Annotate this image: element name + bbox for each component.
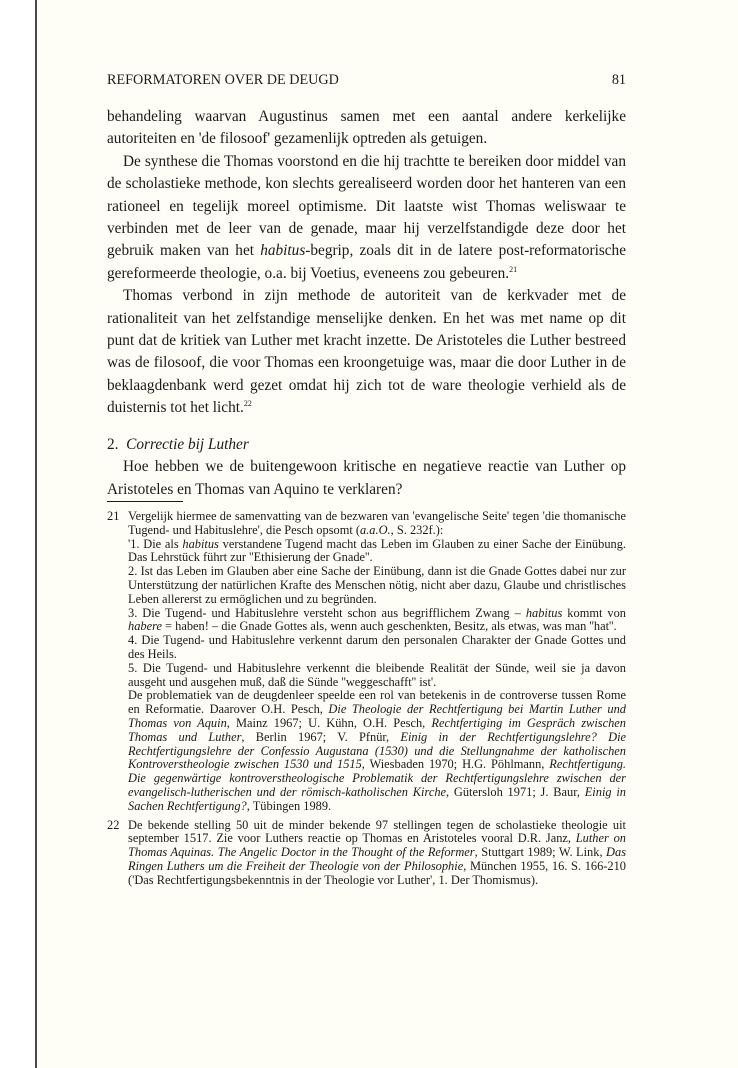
section-title: Correctie bij Luther bbox=[126, 436, 249, 453]
page-number: 81 bbox=[612, 71, 626, 89]
main-text: behandeling waarvan Augustinus samen met… bbox=[107, 106, 626, 501]
footnote-number: 22 bbox=[107, 819, 128, 888]
footnote-number: 21 bbox=[107, 510, 128, 814]
running-head-title: REFORMATOREN OVER DE DEUGD bbox=[107, 71, 339, 89]
paragraph-4: Hoe hebben we de buitengewoon kritische … bbox=[107, 456, 626, 501]
footnote-ref-22[interactable]: 22 bbox=[244, 399, 252, 408]
paragraph-2: De synthese die Thomas voorstond en die … bbox=[107, 151, 626, 285]
footnote-separator bbox=[107, 501, 183, 502]
section-number: 2. bbox=[107, 436, 118, 453]
paragraph-1: behandeling waarvan Augustinus samen met… bbox=[107, 106, 626, 151]
footnote-body: Vergelijk hiermee de samenvatting van de… bbox=[128, 510, 626, 814]
paragraph-3: Thomas verbond in zijn methode de autori… bbox=[107, 285, 626, 419]
emphasis: habitus bbox=[260, 242, 305, 259]
footnote-21: 21 Vergelijk hiermee de samenvatting van… bbox=[107, 510, 626, 814]
footnote-ref-21[interactable]: 21 bbox=[509, 265, 517, 274]
page-edge-line bbox=[35, 0, 37, 1068]
running-head: REFORMATOREN OVER DE DEUGD 81 bbox=[107, 71, 626, 89]
section-heading: 2. Correctie bij Luther bbox=[107, 434, 626, 456]
footnote-22: 22 De bekende stelling 50 uit de minder … bbox=[107, 819, 626, 888]
footnotes: 21 Vergelijk hiermee de samenvatting van… bbox=[107, 510, 626, 893]
footnote-body: De bekende stelling 50 uit de minder bek… bbox=[128, 819, 626, 888]
